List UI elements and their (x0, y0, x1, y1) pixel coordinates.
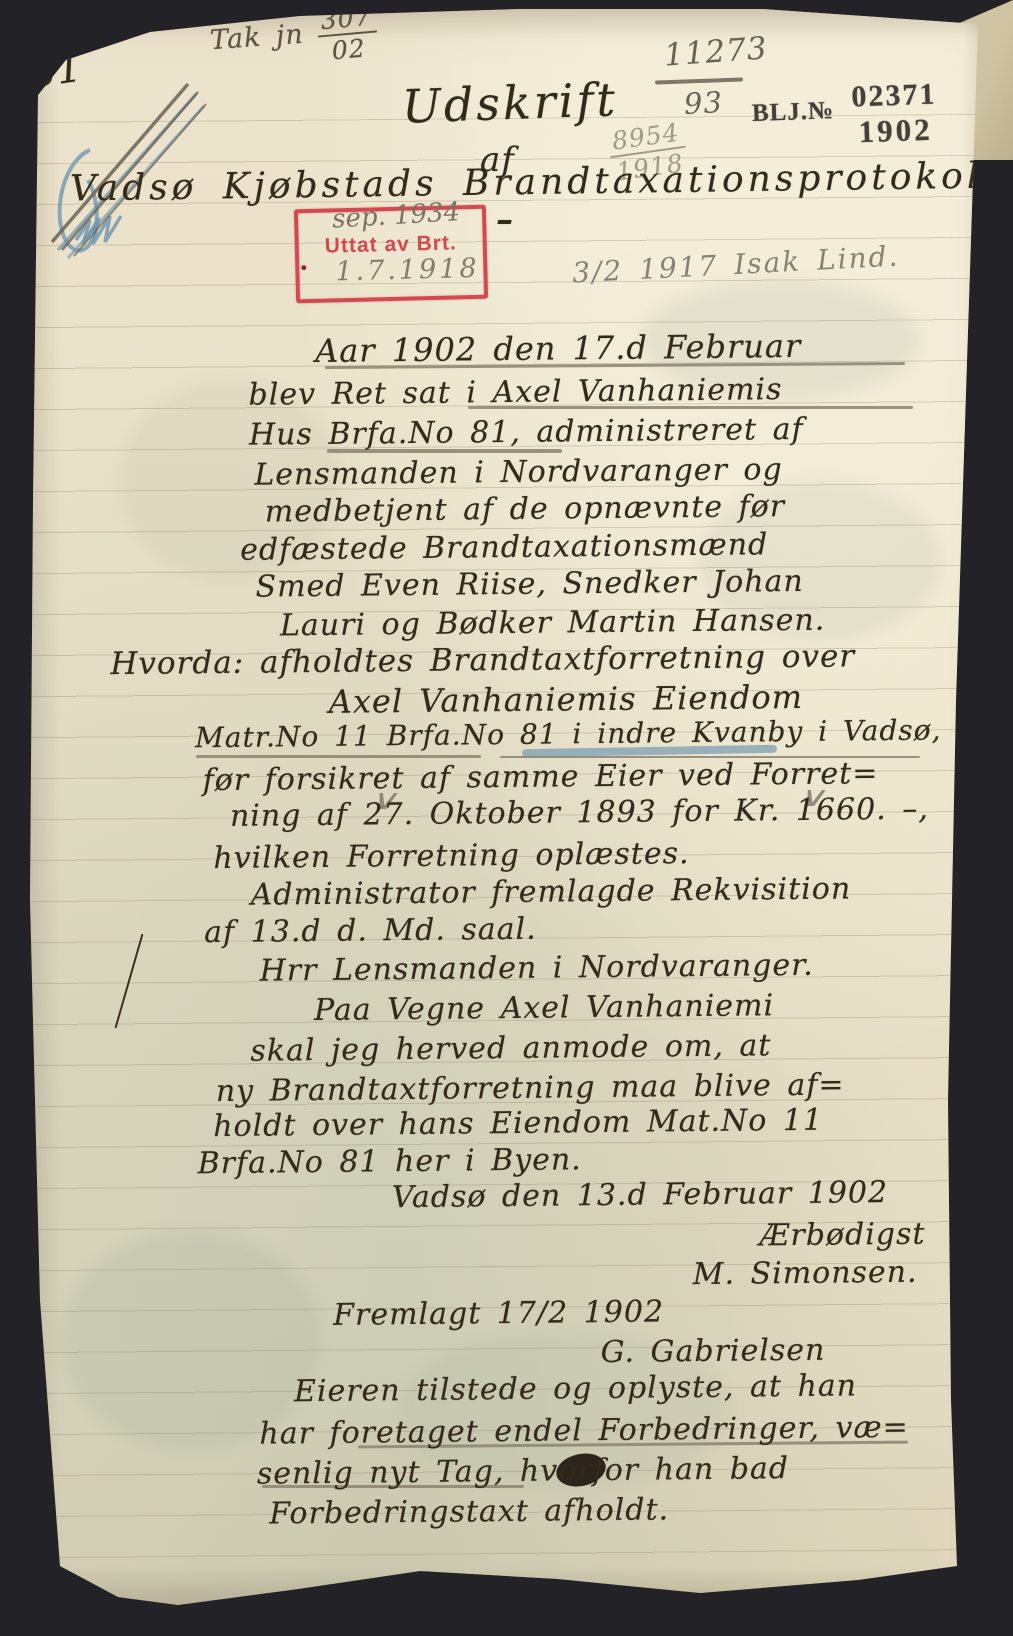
manuscript-body: Aar 1902 den 17.d Februar blev Ret sat i… (0, 0, 1013, 1636)
manuscript-line: holdt over hans Eiendom Mat.No 11 (213, 1103, 823, 1144)
manuscript-line: Ærbødigst (759, 1217, 925, 1254)
manuscript-line: Hvorda: afholdtes Brandtaxtforretning ov… (110, 638, 855, 682)
manuscript-line: Paa Vegne Axel Vanhaniemi (314, 988, 774, 1028)
manuscript-line: Vadsø den 13.d Februar 1902 (392, 1175, 889, 1215)
manuscript-line: ning af 27. Oktober 1893 for Kr. 1660. –… (230, 792, 929, 834)
manuscript-line: skal jeg herved anmode om, at (250, 1028, 771, 1068)
manuscript-line: Administrator fremlagde Rekvisition (251, 871, 852, 912)
manuscript-line: Matr.No 11 Brfa.No 81 i indre Kvanby i V… (195, 713, 942, 754)
manuscript-line: har foretaget endel Forbedringer, væ= (259, 1410, 909, 1452)
manuscript-line: hvilken Forretning oplæstes. (213, 836, 689, 876)
scan-background: 81 Tak jn 307 02 11273 93 8954 1918 (0, 0, 1013, 1636)
manuscript-line: Smed Even Riise, Snedker Johan (255, 564, 804, 605)
manuscript-line: M. Simonsen. (693, 1255, 918, 1292)
manuscript-line: G. Gabrielsen (600, 1333, 825, 1370)
manuscript-line: Lauri og Bødker Martin Hansen. (280, 603, 826, 644)
manuscript-line: Forbedringstaxt afholdt. (269, 1492, 669, 1531)
manuscript-line: Hrr Lensmanden i Nordvaranger. (259, 948, 813, 989)
manuscript-line: Hus Brfa.No 81, administreret af (249, 412, 804, 453)
document-page: 81 Tak jn 307 02 11273 93 8954 1918 (0, 0, 1013, 1636)
manuscript-line: Eieren tilstede og oplyste, at han (294, 1368, 857, 1409)
manuscript-line: Axel Vanhaniemis Eiendom (329, 678, 804, 721)
manuscript-line: edfæstede Brandtaxationsmænd (240, 527, 768, 568)
manuscript-line: Aar 1902 den 17.d Februar (315, 327, 802, 370)
manuscript-line: før forsikret af samme Eier ved Forret= (202, 756, 878, 798)
manuscript-line: Lensmanden i Nordvaranger og (254, 452, 783, 493)
manuscript-line: blev Ret sat i Axel Vanhaniemis (248, 372, 782, 413)
manuscript-line: medbetjent af de opnævnte før (265, 489, 786, 529)
manuscript-line: senlig nyt Tag, hvorfor han bad (257, 1451, 790, 1492)
manuscript-line: af 13.d d. Md. saal. (204, 912, 537, 950)
manuscript-line: Brfa.No 81 her i Byen. (197, 1142, 582, 1181)
manuscript-line: Fremlagt 17/2 1902 (333, 1294, 664, 1332)
